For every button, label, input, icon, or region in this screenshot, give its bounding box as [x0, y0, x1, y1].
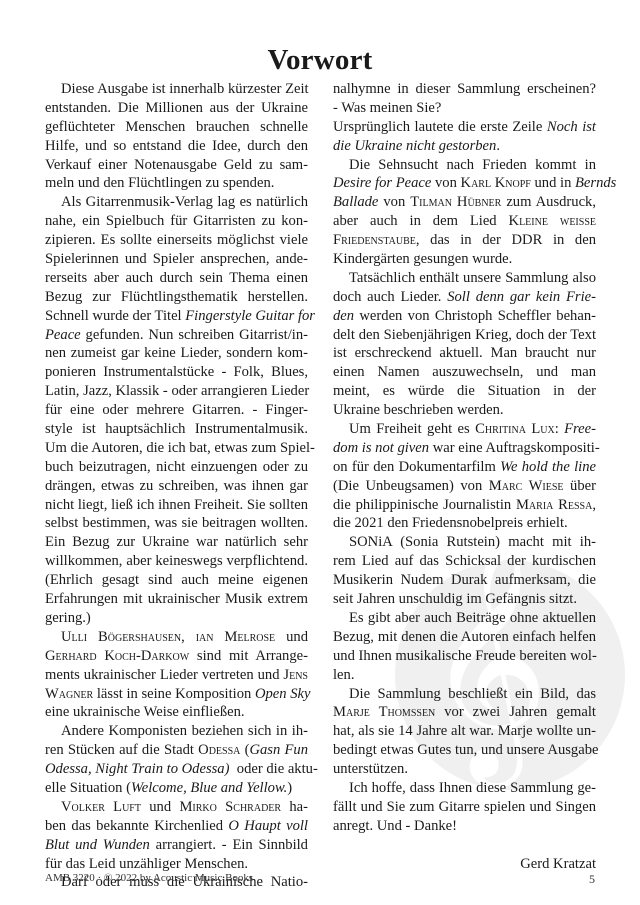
text-line: Bezug zur Flüchtlingsthematik herstellen… [45, 288, 308, 307]
text-line: gering.) [45, 609, 308, 628]
text-line: entstanden. Die Millionen aus der Ukrain… [45, 99, 308, 118]
text-line: meint, es würde die Situation in der [333, 382, 596, 401]
text-line: zipieren. Es sollte einerseits möglichst… [45, 231, 308, 250]
text-line: rem Lied auf das Schicksal der kurdische… [333, 552, 596, 571]
page-footer: AMB 3220 · © 2022 by Acoustic Music Book… [45, 872, 595, 884]
text-line: Es gibt aber auch Beiträge ohne aktuelle… [333, 609, 596, 628]
text-line: die 2021 den Friedensnobelpreis erhielt. [333, 514, 596, 533]
text-line: (Ehrlich gesagt sind auch meine eigenen [45, 571, 308, 590]
text-line: Ulli Bögershausen, ian Melrose und [45, 628, 308, 647]
text-line: Ein Bezug zur Ukraine war natürlich sehr [45, 533, 308, 552]
text-line: Andere Komponisten beziehen sich in ih- [45, 722, 308, 741]
text-line: Die Sammlung beschließt ein Bild, das [333, 685, 596, 704]
text-line: Spielerinnen und Spieler ansprechen, and… [45, 250, 308, 269]
text-line: (Die Unbeugsamen) von Marc Wiese über [333, 477, 596, 496]
text-line: Schnell wurde der Titel Fingerstyle Guit… [45, 307, 308, 326]
text-line: die Ukraine nicht gestorben. [333, 137, 596, 156]
page-number: 5 [589, 872, 595, 887]
text-line: Musikerin Nudem Durak aufmerksam, die [333, 571, 596, 590]
text-line: Tatsächlich enthält unsere Sammlung also [333, 269, 596, 288]
text-line: meln und den Flüchtlingen zu spenden. [45, 174, 308, 193]
text-line: ben das bekannte Kirchenlied O Haupt vol… [45, 817, 308, 836]
text-line: ments ukrainischer Lieder vertreten und … [45, 666, 308, 685]
text-line: on für den Dokumentarfilm We hold the li… [333, 458, 596, 477]
text-line: ist erschreckend aktuell. Man braucht nu… [333, 344, 596, 363]
text-line: Verkauf einer Notenausgabe Geld zu sam- [45, 156, 308, 175]
text-line: bedingt etwas Gutes tun, und unsere Ausg… [333, 741, 596, 760]
text-line: style ist hauptsächlich Instrumentalmusi… [45, 420, 308, 439]
text-line: Ballade von Tilman Hübner zum Ausdruck, [333, 193, 596, 212]
text-line: Blut und Wunden arrangiert. - Ein Sinnbi… [45, 836, 308, 855]
text-line: Um Freiheit geht es Chritina Lux: Free- [333, 420, 596, 439]
text-line: einen Namen auszuwechseln, und man [333, 363, 596, 382]
text-line: nalhymne in dieser Sammlung erscheinen? [333, 80, 596, 99]
text-line: len. [333, 666, 596, 685]
text-line: - Was meinen Sie? [333, 99, 596, 118]
text-line: Ukraine beschrieben werden. [333, 401, 596, 420]
text-line: dom is not given war eine Auftragskompos… [333, 439, 596, 458]
text-line: Marje Thomssen vor zwei Jahren gemalt [333, 703, 596, 722]
text-line: Volker Luft und Mirko Schrader ha- [45, 798, 308, 817]
text-line: doch auch Lieder. Soll denn gar kein Fri… [333, 288, 596, 307]
text-line: elle Situation (Welcome, Blue and Yellow… [45, 779, 308, 798]
text-line: buch beizutragen, nicht einzuengen oder … [45, 458, 308, 477]
text-line: aber auch in dem Lied Kleine weisse [333, 212, 596, 231]
text-line: ponieren Instrumentalstücke - Folk, Blue… [45, 363, 308, 382]
text-line: Um die Autoren, die ich bat, etwas zum S… [45, 439, 308, 458]
text-line: nicht liegt, ließ ich ihnen Freiheit. Si… [45, 496, 308, 515]
left-column: Diese Ausgabe ist innerhalb kürzester Ze… [45, 80, 308, 892]
text-line: Desire for Peace von Karl Knopf und in B… [333, 174, 596, 193]
page-title: Vorwort [0, 44, 640, 77]
text-line: die philippinische Journalistin Maria Re… [333, 496, 596, 515]
text-line: Gerhard Koch-Darkow sind mit Arrange- [45, 647, 308, 666]
text-line: geflüchteter Menschen brauchen schnelle [45, 118, 308, 137]
text-line: Hilfe, und so entstand die Idee, durch d… [45, 137, 308, 156]
text-line: fällt und Sie zum Gitarre spielen und Si… [333, 798, 596, 817]
text-line: Odessa, Night Train to Odessa) oder die … [45, 760, 308, 779]
imprint: AMB 3220 · © 2022 by Acoustic Music Book… [45, 872, 253, 884]
text-line: Kindergärten gesungen wurde. [333, 250, 596, 269]
text-line: Ich hoffe, dass Ihnen diese Sammlung ge- [333, 779, 596, 798]
text-line: Bezug, mit denen die Autoren einfach hel… [333, 628, 596, 647]
text-line: und Ihnen musikalische Freude bereiten w… [333, 647, 596, 666]
text-line: eine ukrainische Weise einfließen. [45, 703, 308, 722]
text-line: den werden von Christoph Scheffler behan… [333, 307, 596, 326]
text-line: Wagner lässt in seine Komposition Open S… [45, 685, 308, 704]
signature: Gerd Kratzat [333, 855, 596, 874]
text-line: Peace gefunden. Nun schreiben Gitarrist/… [45, 326, 308, 345]
text-line: unterstützen. [333, 760, 596, 779]
text-line: Diese Ausgabe ist innerhalb kürzester Ze… [45, 80, 308, 99]
text-line: SONiA (Sonia Rutstein) macht mit ih- [333, 533, 596, 552]
text-line: Ursprünglich lautete die erste Zeile Noc… [333, 118, 596, 137]
text-line: Friedenstaube, das in der DDR in den [333, 231, 596, 250]
text-line: für das Leid unzähliger Menschen. [45, 855, 308, 874]
text-line: nahe, ein Spielbuch für Gitarristen zu k… [45, 212, 308, 231]
text-line: seit Jahren unschuldig im Gefängnis sitz… [333, 590, 596, 609]
text-line: Die Sehnsucht nach Frieden kommt in [333, 156, 596, 175]
text-line: Latin, Jazz, Klassik - oder arrangieren … [45, 382, 308, 401]
text-line: rerseits aber auch durch sein Thema eine… [45, 269, 308, 288]
text-line: anregt. Und - Danke! [333, 817, 596, 836]
text-line: selbst bestimmen, was sie beitragen woll… [45, 514, 308, 533]
text-line: willkommen, aber keineswegs verpflichten… [45, 552, 308, 571]
text-line: Als Gitarrenmusik-Verlag lag es natürlic… [45, 193, 308, 212]
text-line: drängen, etwas zu schreiben, was ihnen g… [45, 477, 308, 496]
text-line: hat, als sie 14 Jahre alt war. Marje wol… [333, 722, 596, 741]
text-line: Erfahrungen mit ukrainischer Musik extre… [45, 590, 308, 609]
spacer [333, 836, 596, 855]
right-column: nalhymne in dieser Sammlung erscheinen?-… [333, 80, 596, 873]
text-line: ren Stücken auf die Stadt Odessa (Gasn F… [45, 741, 308, 760]
text-line: nen zumeist gar keine Lieder, sondern ko… [45, 344, 308, 363]
text-line: für eine oder mehrere Gitarren. - Finger… [45, 401, 308, 420]
text-line: delt den Siebenjährigen Krieg, doch der … [333, 326, 596, 345]
